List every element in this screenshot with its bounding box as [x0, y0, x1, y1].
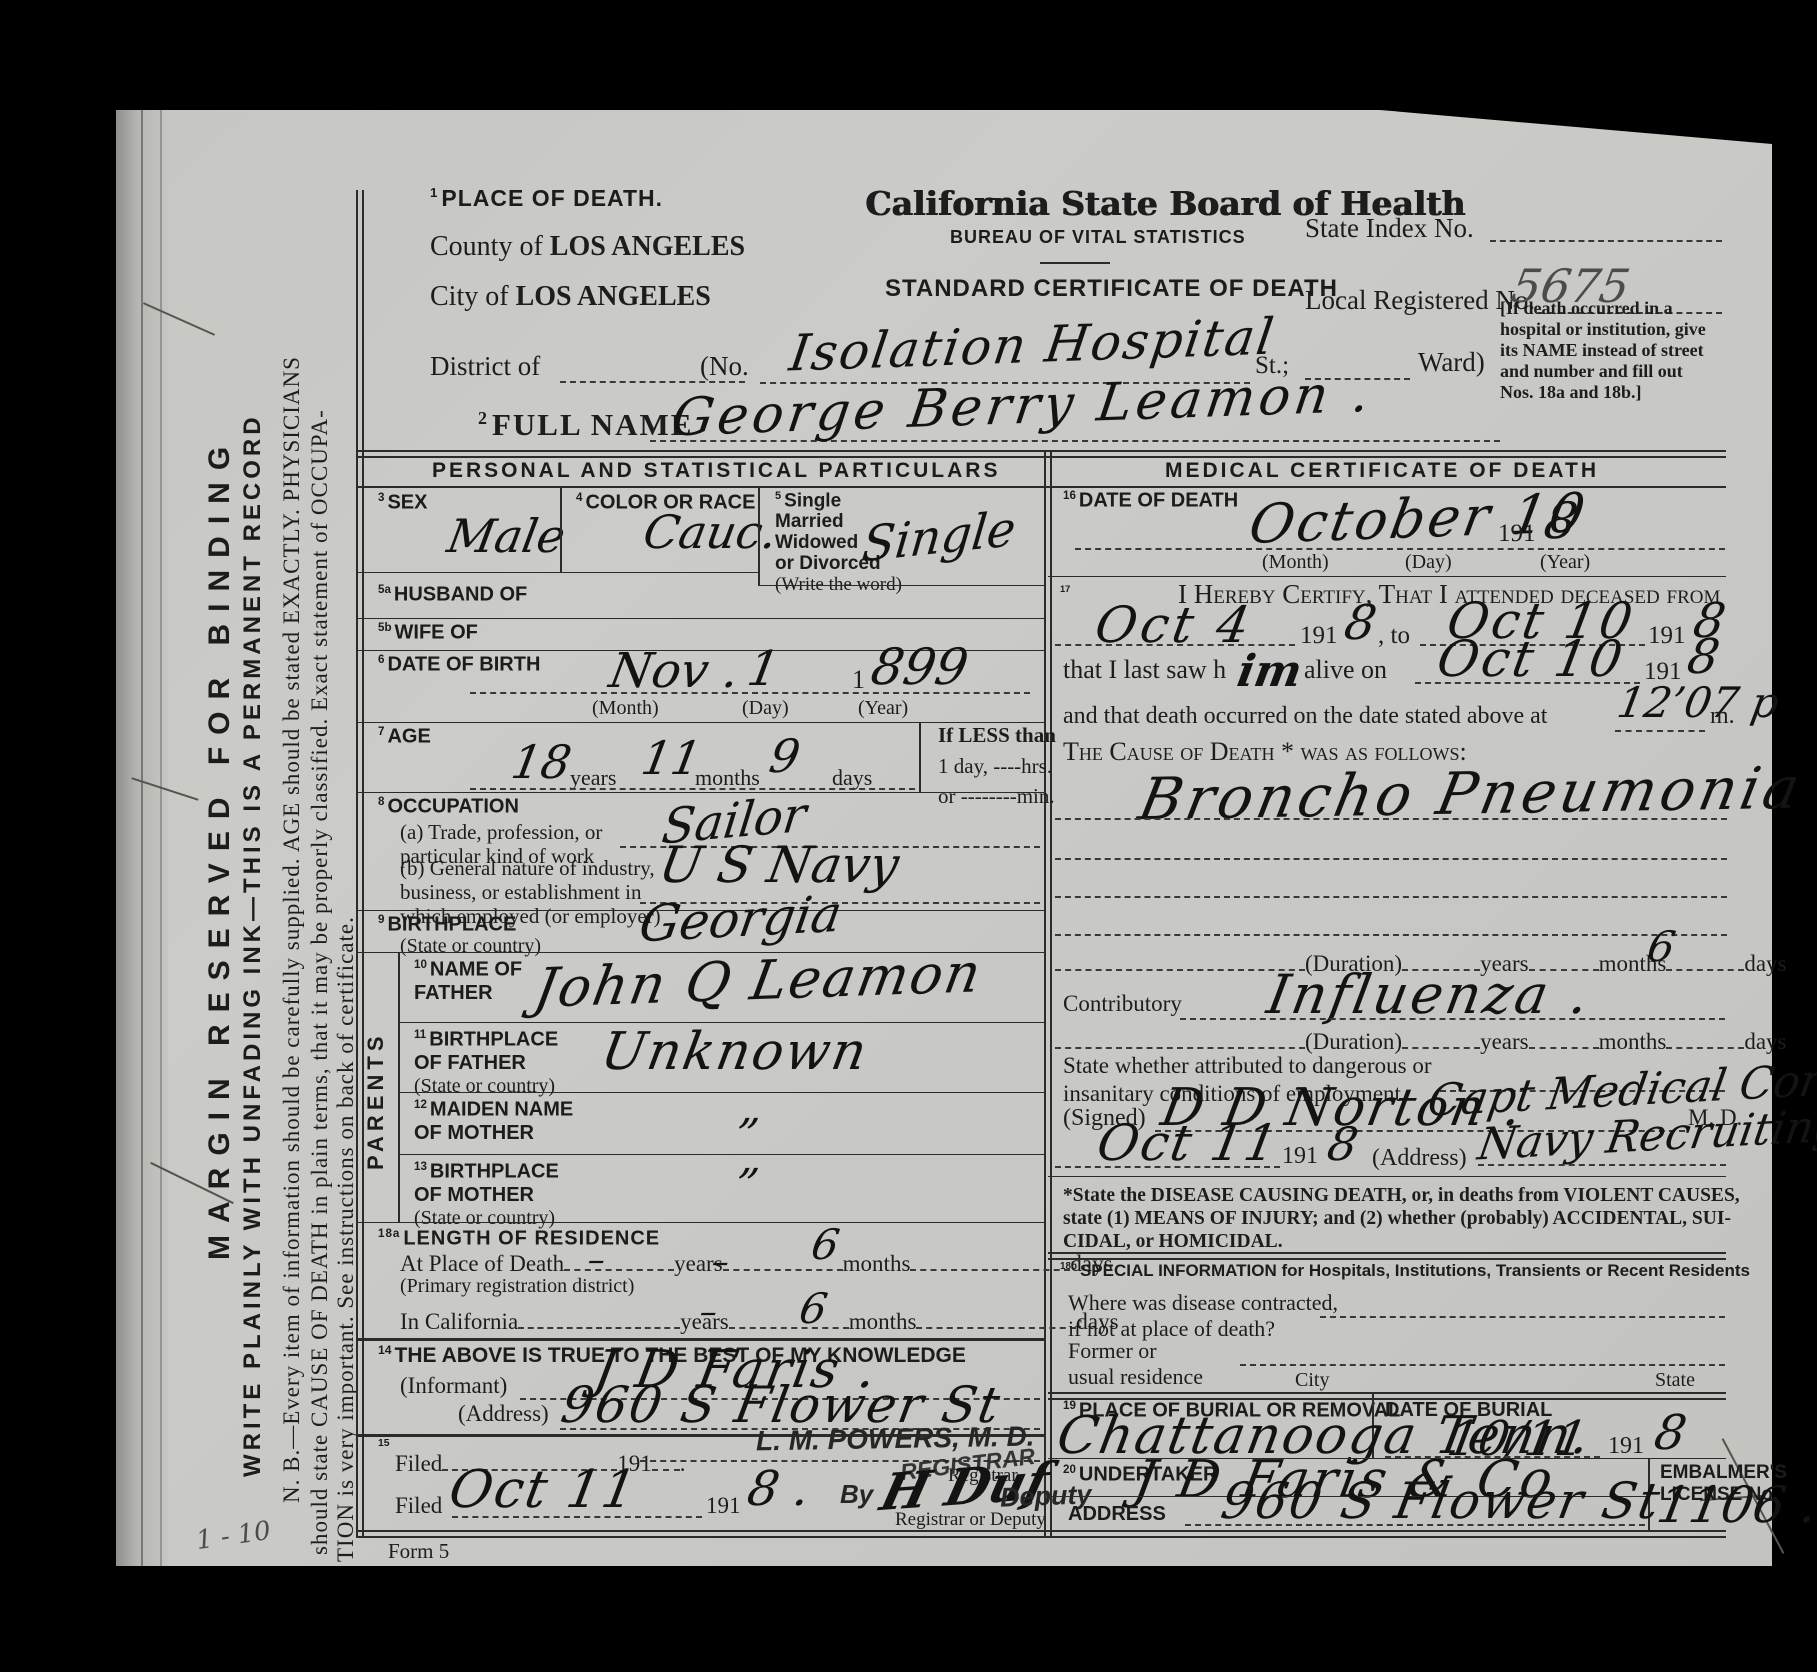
dod-sub-month: (Month) — [1262, 552, 1329, 574]
cell-divider — [758, 486, 760, 585]
form-left-rule — [356, 190, 364, 1536]
county-value: LOS ANGELES — [550, 231, 745, 262]
to-year-preprint: 191 — [1648, 622, 1686, 649]
dob-sub-month: (Month) — [592, 698, 659, 720]
dob-year-preprint: 1 — [852, 666, 865, 694]
filed-2-date-value: Oct 11 — [445, 1462, 642, 1518]
signed-address-label: (Address) — [1372, 1146, 1467, 1172]
cause-line-3 — [1055, 896, 1727, 898]
cell-divider — [560, 486, 562, 572]
field-age-label: 7AGE — [378, 726, 431, 748]
dod-sub-day: (Day) — [1405, 552, 1452, 574]
age-if-less-note: If LESS than 1 day, ----hrs. or --------… — [938, 724, 1056, 808]
dob-sub-day: (Day) — [742, 698, 789, 720]
field-father-name-label: 10NAME OF FATHER — [414, 958, 522, 1005]
district-label: District of — [430, 352, 540, 381]
bureau-subtitle: BUREAU OF VITAL STATISTICS — [950, 228, 1246, 247]
rule — [1048, 1176, 1726, 1177]
dob-sub-year: (Year) — [858, 698, 908, 720]
burial-year-preprint: 191 — [1608, 1434, 1644, 1460]
age-years-value: 18 — [508, 738, 575, 788]
state-index-blank — [1490, 240, 1722, 242]
margin-note-binding: MARGIN RESERVED FOR BINDING — [204, 435, 236, 1260]
city-line: City of LOS ANGELES — [430, 282, 711, 312]
last-saw-postprint: alive on — [1304, 656, 1387, 684]
rule — [398, 1154, 1046, 1155]
filed-2-year-preprint: 191 — [706, 1494, 741, 1519]
left-section-title: PERSONAL AND STATISTICAL PARTICULARS — [432, 460, 1000, 483]
field-residence-label: 18aLENGTH OF RESIDENCE — [378, 1228, 660, 1250]
rule — [356, 618, 1046, 619]
crease-line — [160, 110, 162, 1566]
field-place-of-death: 1PLACE OF DEATH. — [430, 186, 663, 211]
full-name-label: 2FULL NAME — [478, 408, 693, 441]
last-saw-him-handwritten: im — [1234, 648, 1306, 696]
field-17-num: 17 — [1060, 584, 1073, 603]
field-filed-num: 15 — [378, 1438, 393, 1457]
blank — [1055, 1166, 1280, 1168]
cell-divider — [919, 722, 921, 792]
state-index-label: State Index No. — [1305, 214, 1474, 243]
birthplace-sub-label: (State or country) — [400, 936, 541, 958]
residence-at-place-line: At Place of Deathyearsmonthsdays — [400, 1252, 1113, 1277]
rule — [1048, 1252, 1726, 1260]
crease-line — [141, 110, 143, 1566]
age-years-label: years — [570, 766, 616, 790]
field-mother-birthplace-label: 13BIRTHPLACE OF MOTHER (State or country… — [414, 1160, 559, 1230]
embalmer-license-value: 1106 . — [1653, 1478, 1817, 1532]
last-saw-date-value: Oct 10 — [1433, 632, 1629, 686]
field-birthplace-label: 9BIRTHPLACE — [378, 914, 516, 936]
filed-2-label: Filed — [395, 1494, 442, 1519]
informant-address-label: (Address) — [458, 1402, 549, 1427]
date-of-death-year-preprint: 191 — [1498, 520, 1536, 547]
field-18b-label: 18bSPECIAL INFORMATION for Hospitals, In… — [1060, 1262, 1750, 1280]
dob-year-value: 899 — [867, 640, 972, 694]
occupation-b-value: U S Navy — [655, 838, 903, 892]
state-column-label: State — [1655, 1370, 1695, 1392]
dob-month-value: Nov . — [605, 646, 743, 698]
contributory-blank — [1180, 1018, 1725, 1020]
date-of-death-blank — [1075, 548, 1725, 550]
last-saw-preprint: that I last saw h — [1063, 656, 1226, 684]
city-column-label: City — [1295, 1370, 1329, 1392]
form-number: Form 5 — [388, 1540, 449, 1563]
contributory-label: Contributory — [1063, 992, 1182, 1017]
rule — [758, 585, 1046, 586]
death-time-suffix: m. — [1710, 704, 1735, 730]
rule — [1048, 576, 1726, 577]
by-stamp: By — [840, 1480, 873, 1508]
bottom-rule — [356, 1530, 1726, 1538]
cell-divider — [398, 952, 400, 1222]
former-residence-blank — [1240, 1364, 1725, 1366]
blank — [1478, 1164, 1726, 1166]
signed-year-preprint: 191 — [1282, 1144, 1318, 1170]
field-husband-label: 5aHUSBAND OF — [378, 584, 527, 606]
rule — [1040, 262, 1110, 264]
parents-group-label: PARENTS — [364, 1010, 388, 1170]
street-no-label: (No. — [700, 352, 749, 381]
column-divider — [1044, 450, 1052, 1536]
field-sex-value: Male — [444, 512, 569, 562]
disease-contracted-label: Where was disease contracted, if not at … — [1068, 1290, 1338, 1343]
father-birthplace-value: Unknown — [597, 1024, 873, 1080]
to-label: , to — [1378, 622, 1410, 649]
hospital-instruction-note: [If death occurred in a hospital or inst… — [1500, 298, 1706, 402]
field-occupation-label: 8OCCUPATION — [378, 796, 519, 818]
city-value: LOS ANGELES — [516, 281, 711, 312]
field-sex-label: 3SEX — [378, 492, 427, 514]
cause-line-4 — [1055, 934, 1727, 936]
right-section-title: MEDICAL CERTIFICATE OF DEATH — [1165, 460, 1599, 483]
death-occurred-preprint: and that death occurred on the date stat… — [1063, 704, 1547, 730]
signed-date-value: Oct 11 — [1093, 1116, 1283, 1170]
cause-line-1 — [1055, 818, 1727, 820]
contributory-value: Influenza . — [1263, 966, 1596, 1024]
field-father-birthplace-label: 11BIRTHPLACE OF FATHER (State or country… — [414, 1028, 558, 1098]
age-blank — [470, 788, 915, 790]
filed-2-blank — [452, 1516, 702, 1518]
residence-sub-label: (Primary registration district) — [400, 1276, 634, 1298]
margin-note-nb-2: should state CAUSE OF DEATH in plain ter… — [308, 268, 333, 1555]
undertaker-address-label: ADDRESS — [1068, 1504, 1166, 1526]
district-blank — [560, 381, 745, 383]
field-mother-name-label: 12MAIDEN NAME OF MOTHER — [414, 1098, 573, 1145]
registrar-or-deputy-print: Registrar or Deputy — [895, 1510, 1046, 1531]
from-year-preprint: 191 — [1300, 622, 1338, 649]
undertaker-address-blank — [1185, 1524, 1645, 1526]
age-days-label: days — [832, 766, 872, 790]
contracted-blank — [1320, 1316, 1725, 1318]
birthplace-value: Georgia — [636, 886, 846, 951]
margin-note-nb-1: N. B.—Every item of information should b… — [280, 253, 305, 1503]
rule — [398, 1092, 1046, 1093]
filed-2-year-value: 8 . — [743, 1464, 813, 1516]
dob-blank — [470, 692, 1030, 694]
field-dob-label: 6DATE OF BIRTH — [378, 654, 540, 676]
informant-label: (Informant) — [400, 1374, 507, 1399]
blank — [1615, 730, 1705, 732]
violent-causes-footnote: *State the DISEASE CAUSING DEATH, or, in… — [1063, 1184, 1740, 1253]
field-wife-label: 5bWIFE OF — [378, 622, 478, 644]
undertaker-address-value: 960 S Flower St — [1217, 1474, 1665, 1528]
blank — [1415, 682, 1640, 684]
dod-sub-year: (Year) — [1540, 552, 1590, 574]
age-months-label: months — [695, 766, 760, 790]
ward-label: Ward) — [1418, 348, 1485, 377]
scanned-death-certificate: { "colors":{"paper":"#c8c8c5","ink":"#1d… — [0, 0, 1817, 1672]
rule — [356, 792, 1046, 793]
residence-california-line: In Californiayearsmonthsdays — [400, 1310, 1119, 1335]
county-line: County of LOS ANGELES — [430, 232, 745, 262]
cause-line-2 — [1055, 858, 1727, 860]
rule — [356, 1222, 1046, 1223]
field-date-of-death-label: 16DATE OF DEATH — [1063, 490, 1238, 512]
death-time-value: 12’07 p — [1614, 680, 1782, 725]
margin-note-permanent-record: WRITE PLAINLY WITH UNFADING INK—THIS IS … — [240, 437, 266, 1477]
standard-certificate-title: STANDARD CERTIFICATE OF DEATH — [885, 276, 1338, 302]
rule — [356, 572, 760, 573]
former-residence-label: Former or usual residence — [1068, 1338, 1203, 1391]
section-top-rule — [356, 450, 1726, 458]
